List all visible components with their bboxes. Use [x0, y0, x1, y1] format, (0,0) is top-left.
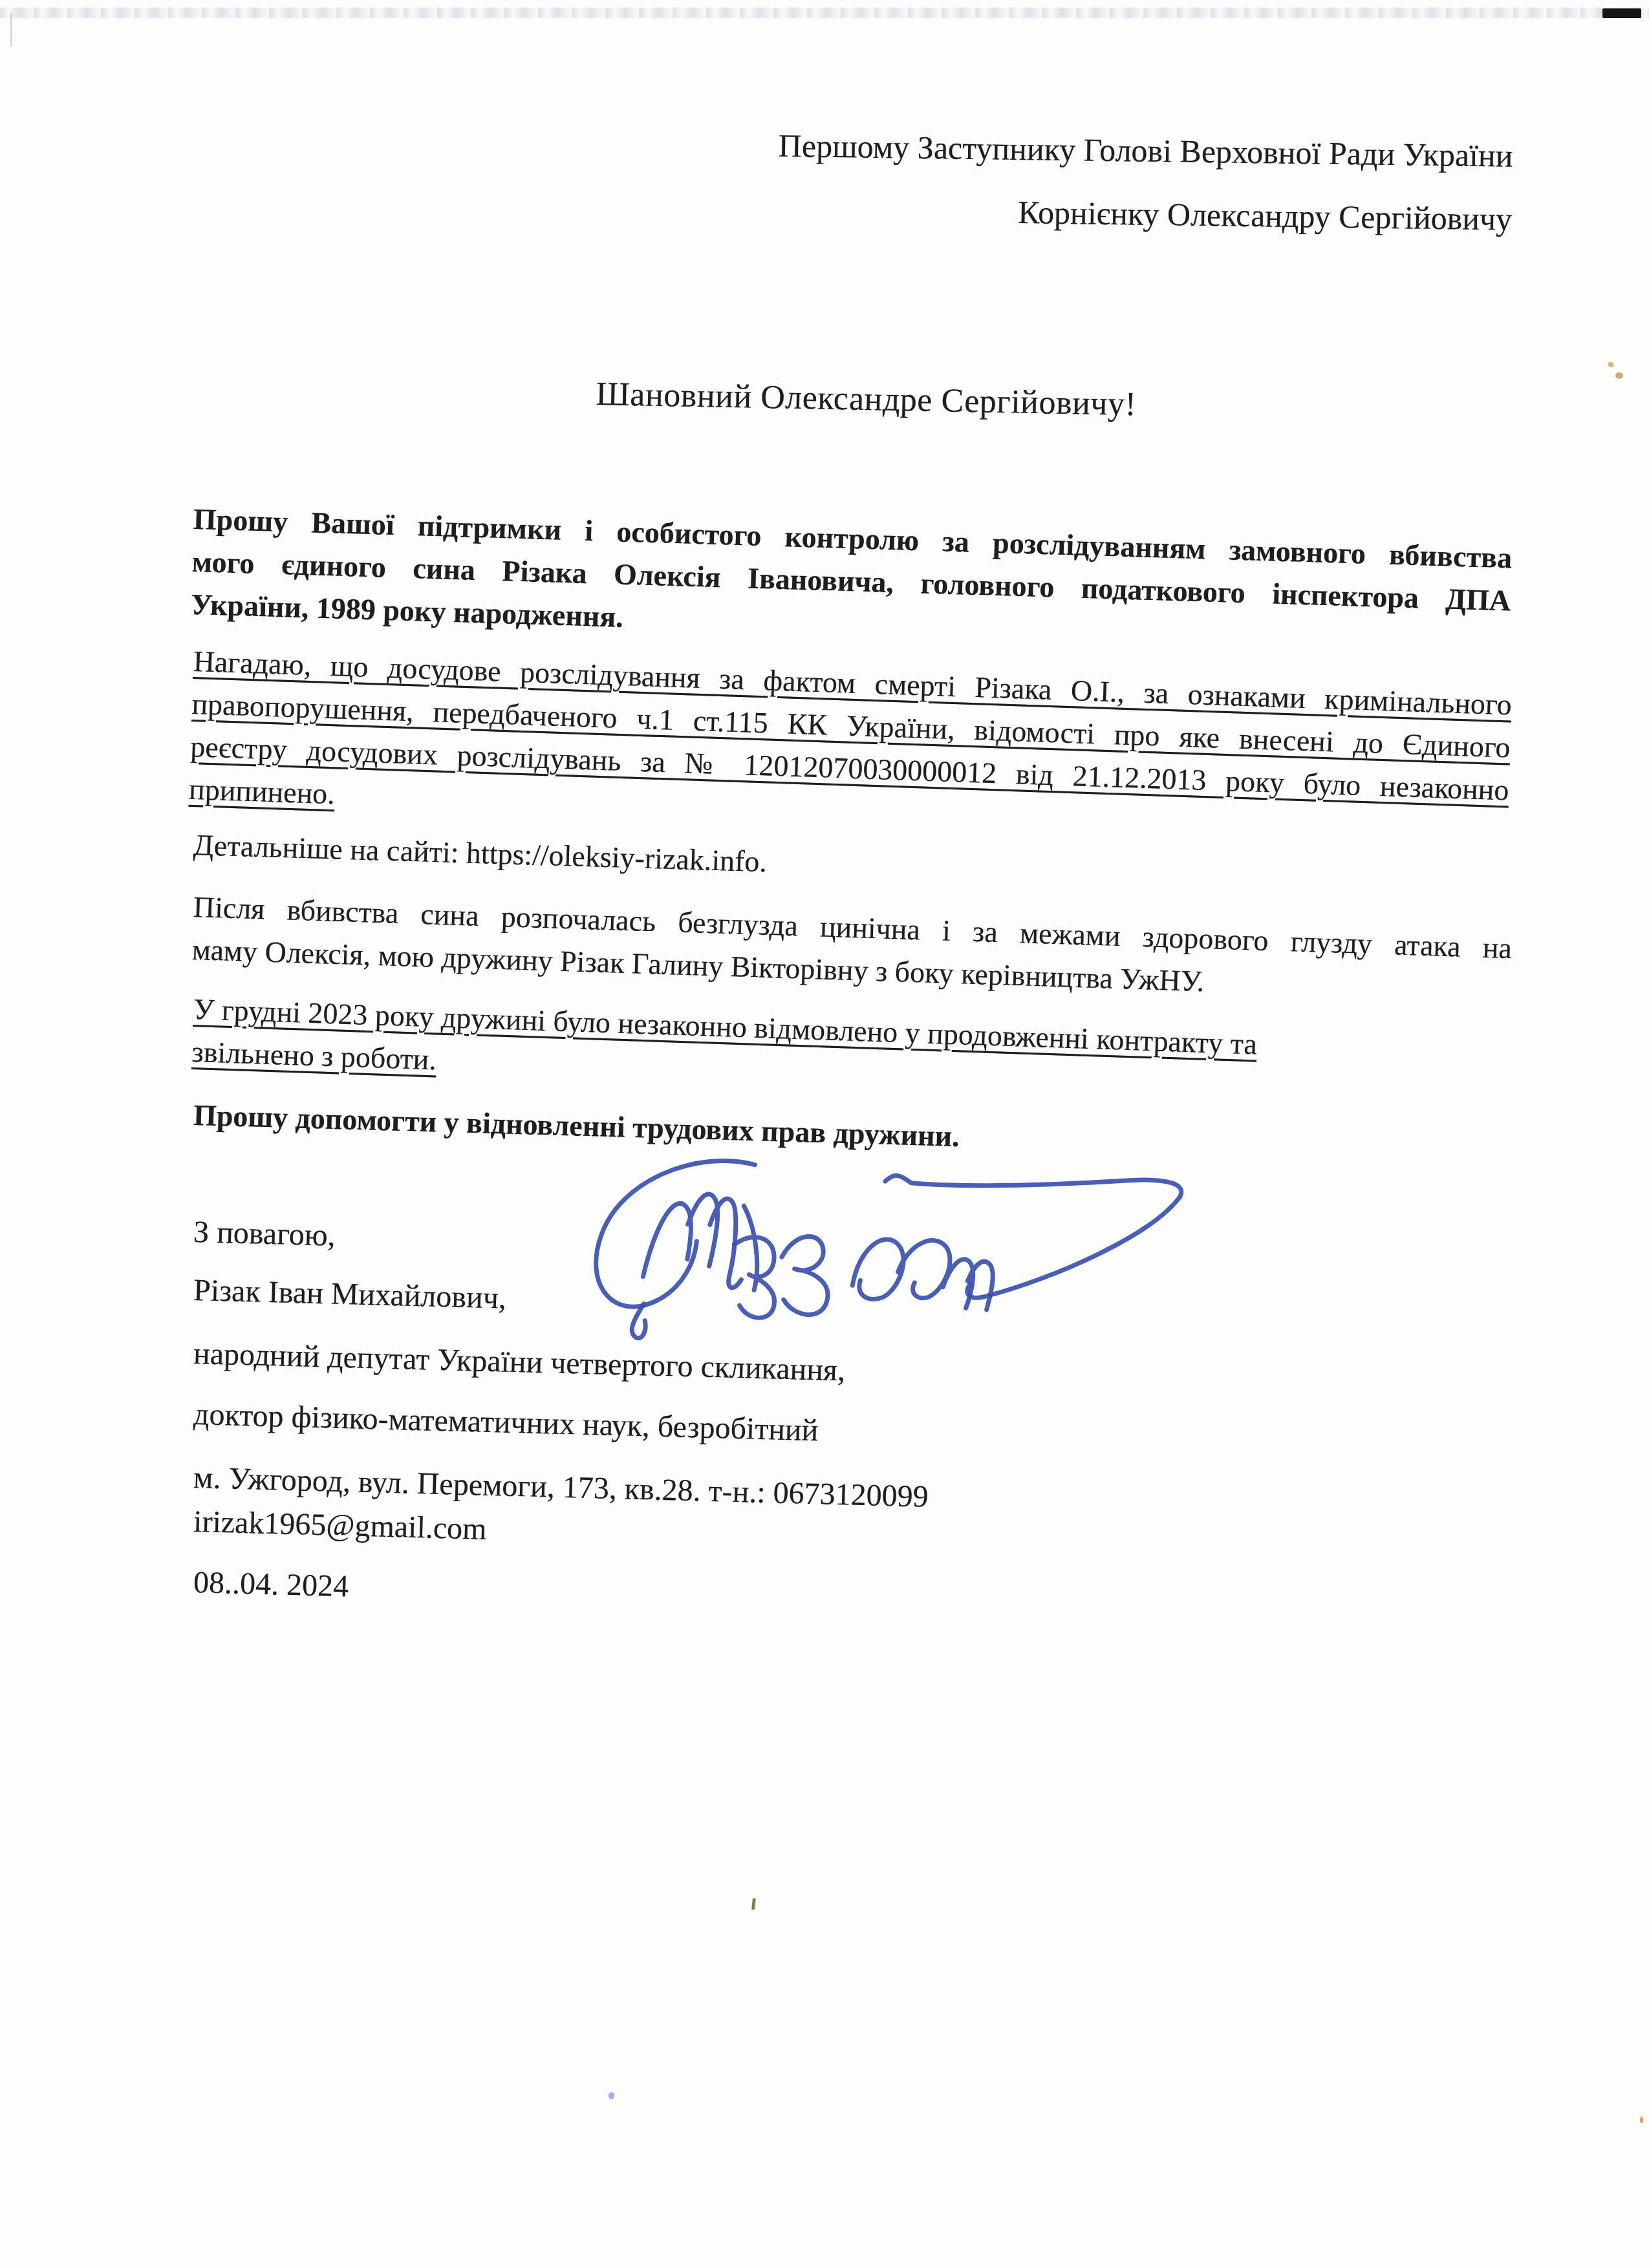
paper-stain — [1615, 372, 1623, 379]
recipient-block: Першому Заступнику Голові Верховної Ради… — [736, 128, 1513, 236]
closing-regards: З повагою, — [193, 1214, 336, 1254]
scan-artifact-bar — [1602, 8, 1641, 18]
closing-email: irizak1965@gmail.com — [193, 1504, 488, 1548]
closing-name: Різак Іван Михайлович, — [193, 1272, 507, 1317]
paragraph-contract-refused: У грудні 2023 року дружині було незаконн… — [191, 988, 1513, 1117]
signature-stroke — [883, 1175, 1181, 1301]
paper-stain — [751, 1898, 756, 1910]
handwritten-signature — [546, 1143, 1228, 1362]
scanned-letter-page: Першому Заступнику Голові Верховної Ради… — [0, 0, 1649, 2268]
paragraph-attack-on-wife: Після вбивства сина розпочалась безглузд… — [191, 886, 1513, 1012]
signature-stroke — [643, 1193, 742, 1288]
paragraph-request-support: Прошу Вашої підтримки і особистого контр… — [190, 498, 1513, 665]
salutation: Шановний Олександре Сергійовичу! — [596, 376, 1137, 423]
recipient-line: Корнієнку Олександру Сергійовичу — [736, 191, 1513, 236]
closing-date: 08..04. 2024 — [193, 1565, 349, 1605]
paragraph-investigation-closed: Нагадаю, що досудове розслідування за фа… — [188, 640, 1513, 854]
signature-stroke — [733, 1206, 776, 1318]
paper-stain — [609, 2092, 614, 2099]
paper-stain — [1607, 361, 1615, 369]
recipient-line: Першому Заступнику Голові Верховної Ради… — [737, 128, 1513, 173]
paper-stain — [1640, 2117, 1643, 2123]
scan-edge-mark — [10, 13, 12, 47]
closing-role-doctor: доктор фізико-математичних наук, безробі… — [193, 1396, 819, 1449]
scanner-noise-streak — [0, 8, 1649, 18]
signature-stroke — [781, 1236, 828, 1315]
